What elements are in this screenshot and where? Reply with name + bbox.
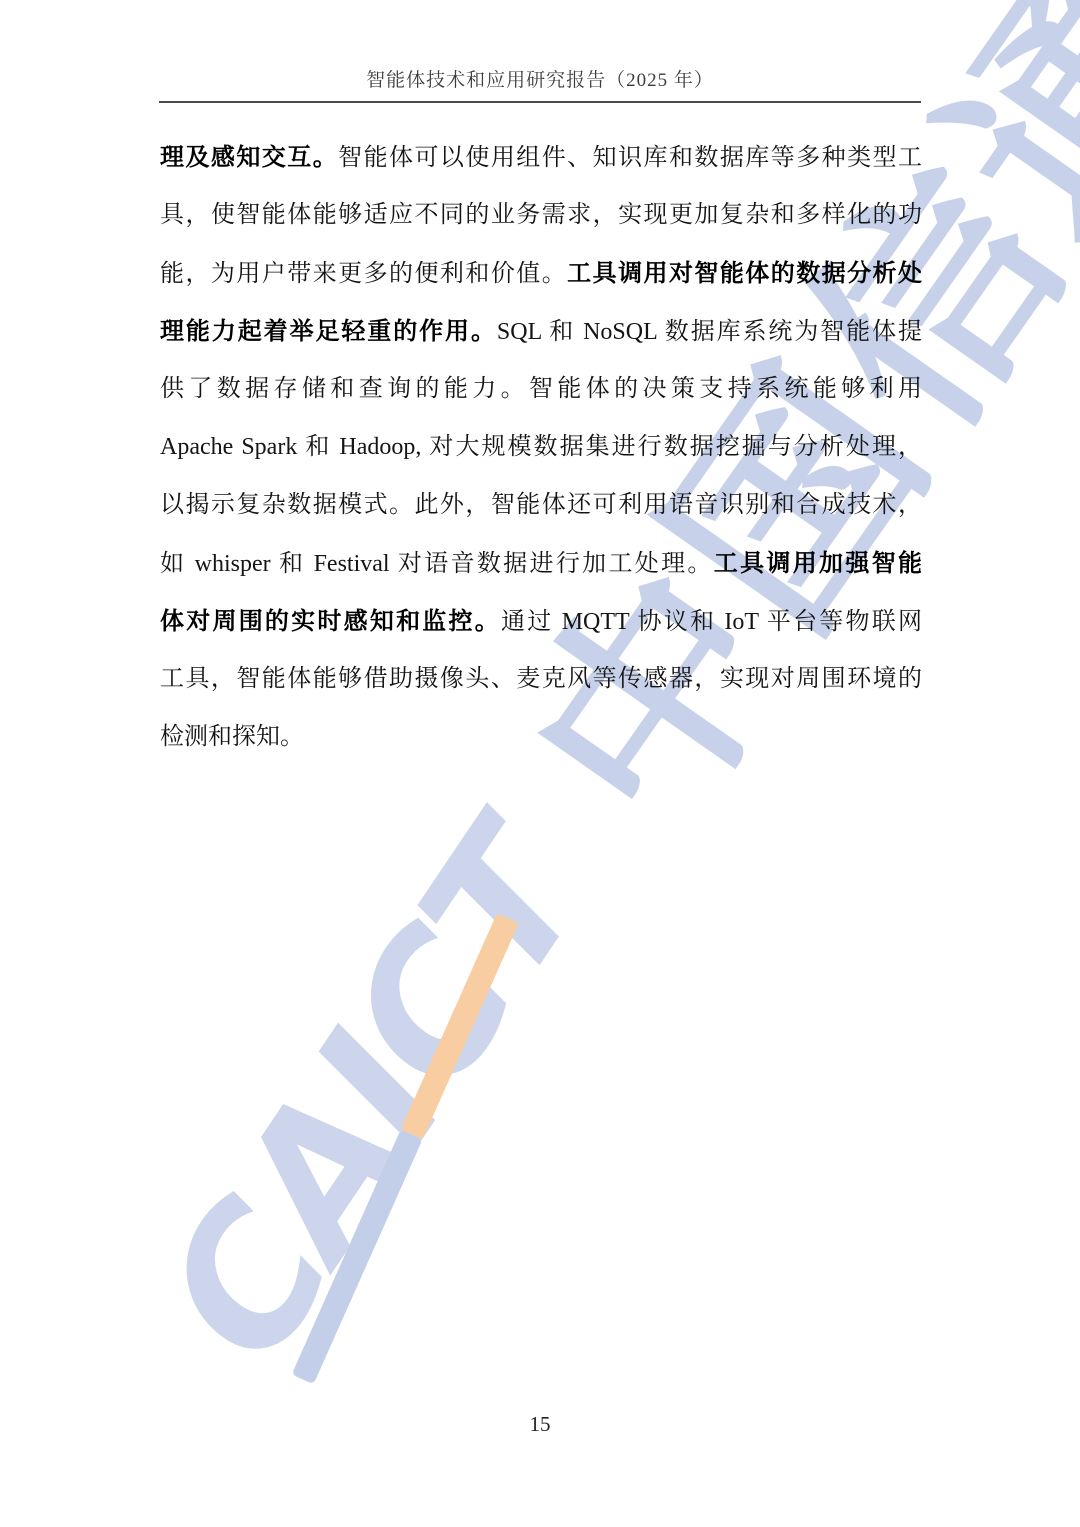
body-line: 如 whisper 和 Festival 对语音数据进行加工处理。工具调用加强智…	[160, 534, 922, 592]
body-paragraph: 理及感知交互。智能体可以使用组件、知识库和数据库等多种类型工具，使智能体能够适应…	[160, 128, 922, 766]
body-text: 检测和探知。	[160, 724, 304, 750]
body-line: Apache Spark 和 Hadoop, 对大规模数据集进行数据挖掘与分析处…	[160, 418, 922, 476]
page-header-title: 智能体技术和应用研究报告（2025 年）	[366, 70, 714, 91]
document-page: CAICT 中国信通院 智能体技术和应用研究报告（2025 年） 理及感知交互。…	[0, 0, 1080, 1527]
body-text: 智能体可以使用组件、知识库和数据库等多种类型工	[338, 145, 922, 171]
watermark-slash-orange	[401, 913, 519, 1140]
body-text: 以揭示复杂数据模式。此外，智能体还可利用语音识别和合成技术，	[160, 492, 922, 518]
body-line: 供了数据存储和查询的能力。智能体的决策支持系统能够利用	[160, 360, 922, 418]
body-text: 具，使智能体能够适应不同的业务需求，实现更加复杂和多样化的功	[160, 202, 922, 228]
body-line: 理能力起着举足轻重的作用。SQL 和 NoSQL 数据库系统为智能体提	[160, 302, 922, 360]
body-text: Apache Spark 和 Hadoop, 对大规模数据集进行数据挖掘与分析处…	[160, 434, 922, 460]
body-text: 供了数据存储和查询的能力。智能体的决策支持系统能够利用	[160, 376, 922, 402]
body-line: 能，为用户带来更多的便利和价值。工具调用对智能体的数据分析处	[160, 244, 922, 302]
body-text: SQL 和 NoSQL 数据库系统为智能体提	[497, 319, 922, 345]
body-line: 以揭示复杂数据模式。此外，智能体还可利用语音识别和合成技术，	[160, 476, 922, 534]
body-text: 能，为用户带来更多的便利和价值。	[160, 261, 567, 287]
page-footer: 15	[0, 1412, 1080, 1437]
watermark-slash	[292, 913, 519, 1384]
watermark-slash-blue	[292, 1130, 423, 1384]
page-header: 智能体技术和应用研究报告（2025 年）	[159, 69, 921, 103]
body-text: 通过 MQTT 协议和 IoT 平台等物联网	[501, 609, 922, 635]
body-text: 如 whisper 和 Festival 对语音数据进行加工处理。	[160, 551, 714, 577]
body-text-bold: 理及感知交互。	[160, 143, 338, 171]
body-text-bold: 工具调用加强智能	[714, 549, 922, 577]
body-line: 具，使智能体能够适应不同的业务需求，实现更加复杂和多样化的功	[160, 186, 922, 244]
body-line: 理及感知交互。智能体可以使用组件、知识库和数据库等多种类型工	[160, 128, 922, 186]
page-number: 15	[530, 1412, 551, 1436]
body-text-bold: 理能力起着举足轻重的作用。	[160, 317, 497, 345]
body-text: 工具，智能体能够借助摄像头、麦克风等传感器，实现对周围环境的	[160, 666, 922, 692]
watermark-latin-text: CAICT	[135, 805, 613, 1389]
body-text-bold: 工具调用对智能体的数据分析处	[567, 259, 922, 287]
body-text-bold: 体对周围的实时感知和监控。	[160, 607, 501, 635]
body-line: 检测和探知。	[160, 708, 922, 766]
body-line: 体对周围的实时感知和监控。通过 MQTT 协议和 IoT 平台等物联网	[160, 592, 922, 650]
body-line: 工具，智能体能够借助摄像头、麦克风等传感器，实现对周围环境的	[160, 650, 922, 708]
